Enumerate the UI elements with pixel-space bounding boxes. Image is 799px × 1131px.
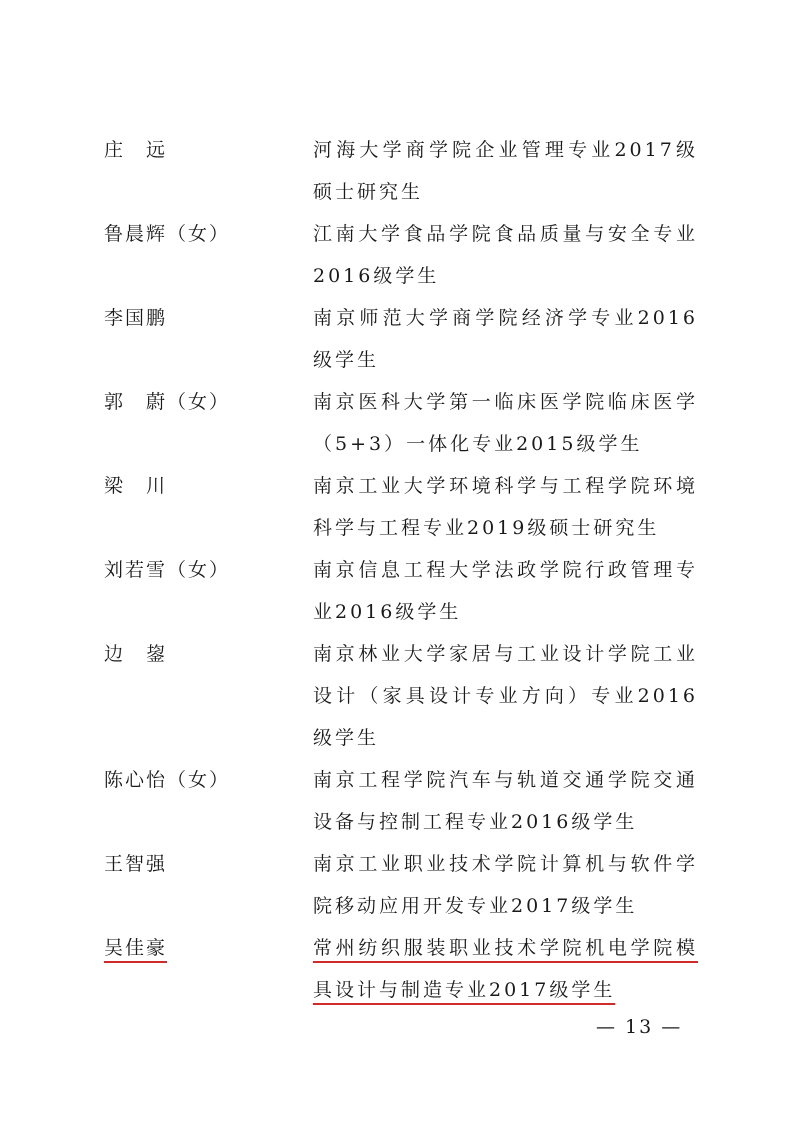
person-name: 陈心怡（女） xyxy=(104,759,230,801)
person-description: 常州纺织服装职业技术学院机电学院模具设计与制造专业2017级学生 xyxy=(313,927,698,1011)
person-description: 河海大学商学院企业管理专业2017级硕士研究生 xyxy=(313,129,698,213)
page-number: — 13 — xyxy=(596,1012,682,1042)
person-description: 南京林业大学家居与工业设计学院工业设计（家具设计专业方向）专业2016级学生 xyxy=(313,633,698,759)
document-page: 庄 远 河海大学商学院企业管理专业2017级硕士研究生 鲁晨辉（女） 江南大学食… xyxy=(0,0,799,1131)
person-name: 郭 蔚（女） xyxy=(104,381,230,423)
person-name: 李国鹏 xyxy=(104,297,167,339)
person-name: 鲁晨辉（女） xyxy=(104,213,230,255)
person-name: 庄 远 xyxy=(104,129,167,171)
person-name: 王智强 xyxy=(104,843,167,885)
person-description: 南京医科大学第一临床医学院临床医学（5+3）一体化专业2015级学生 xyxy=(313,381,698,465)
person-name: 刘若雪（女） xyxy=(104,549,230,591)
person-name: 边 鋆 xyxy=(104,633,167,675)
person-description: 南京工程学院汽车与轨道交通学院交通设备与控制工程专业2016级学生 xyxy=(313,759,698,843)
person-description: 南京工业职业技术学院计算机与软件学院移动应用开发专业2017级学生 xyxy=(313,843,698,927)
person-name: 吴佳豪 xyxy=(104,927,167,969)
person-description: 南京工业大学环境科学与工程学院环境科学与工程专业2019级硕士研究生 xyxy=(313,465,698,549)
person-description: 南京信息工程大学法政学院行政管理专业2016级学生 xyxy=(313,549,698,633)
person-description: 南京师范大学商学院经济学专业2016级学生 xyxy=(313,297,698,381)
person-name: 梁 川 xyxy=(104,465,167,507)
person-description: 江南大学食品学院食品质量与安全专业2016级学生 xyxy=(313,213,698,297)
